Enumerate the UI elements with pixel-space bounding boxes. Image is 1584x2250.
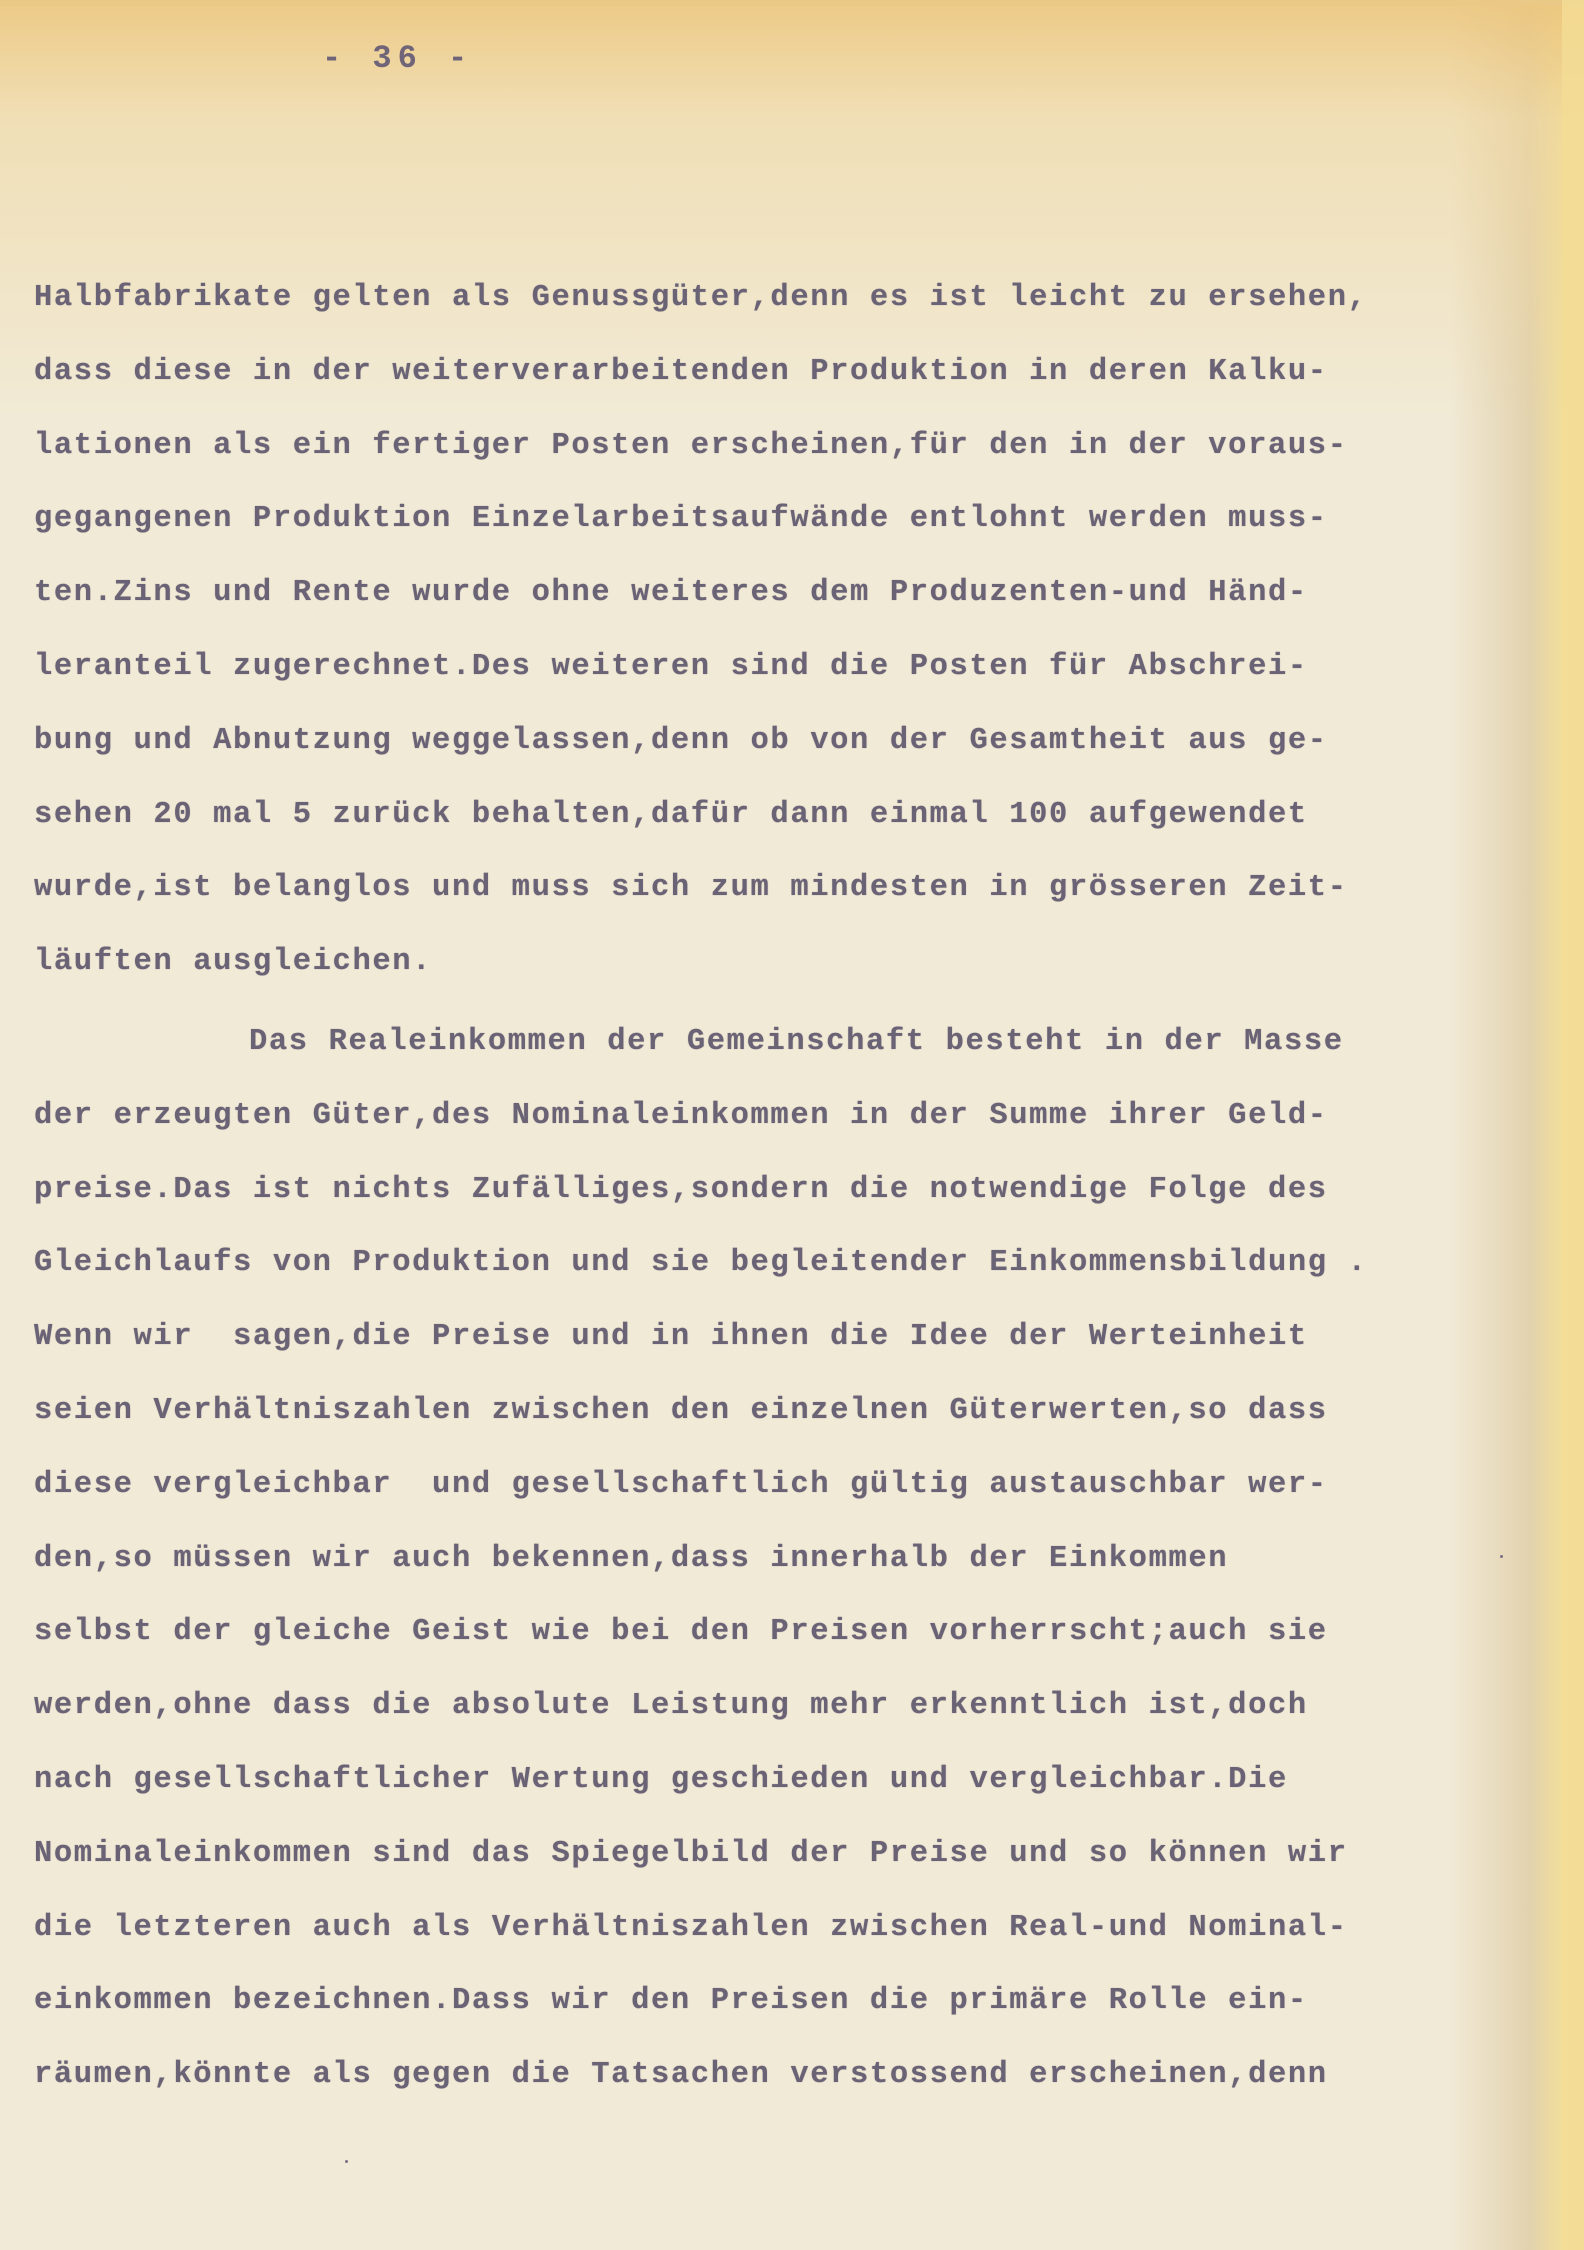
text-line: wurde,ist belanglos und muss sich zum mi… <box>34 852 1554 926</box>
text-line: der erzeugten Güter,des Nominaleinkommen… <box>34 1080 1554 1154</box>
text-line: läuften ausgleichen. <box>34 926 1554 1000</box>
text-line: Nominaleinkommen sind das Spiegelbild de… <box>34 1818 1554 1892</box>
text-line: gegangenen Produktion Einzelarbeitsaufwä… <box>34 483 1554 557</box>
text-line: sehen 20 mal 5 zurück behalten,dafür dan… <box>34 779 1554 853</box>
page-number: - 36 - <box>0 40 1584 77</box>
text-line: ten.Zins und Rente wurde ohne weiteres d… <box>34 557 1554 631</box>
text-line: einkommen bezeichnen.Dass wir den Preise… <box>34 1965 1554 2039</box>
text-line: die letzteren auch als Verhältniszahlen … <box>34 1892 1554 1966</box>
paper-right-edge <box>1562 0 1584 2250</box>
text-line: lationen als ein fertiger Posten erschei… <box>34 410 1554 484</box>
text-line: werden,ohne dass die absolute Leistung m… <box>34 1670 1554 1744</box>
typewritten-page: - 36 - Halbfabrikate gelten als Genussgü… <box>0 0 1584 2250</box>
ink-speck <box>1500 1555 1503 1558</box>
text-line: bung und Abnutzung weggelassen,denn ob v… <box>34 705 1554 779</box>
text-line: diese vergleichbar und gesellschaftlich … <box>34 1449 1554 1523</box>
text-line: selbst der gleiche Geist wie bei den Pre… <box>34 1596 1554 1670</box>
text-line: den,so müssen wir auch bekennen,dass inn… <box>34 1523 1554 1597</box>
text-line: Das Realeinkommen der Gemeinschaft beste… <box>34 1006 1554 1080</box>
body-text: Halbfabrikate gelten als Genussgüter,den… <box>34 262 1554 2113</box>
text-line: preise.Das ist nichts Zufälliges,sondern… <box>34 1154 1554 1228</box>
text-line: seien Verhältniszahlen zwischen den einz… <box>34 1375 1554 1449</box>
text-line: leranteil zugerechnet.Des weiteren sind … <box>34 631 1554 705</box>
text-line: räumen,könnte als gegen die Tatsachen ve… <box>34 2039 1554 2113</box>
text-line: dass diese in der weiterverarbeitenden P… <box>34 336 1554 410</box>
ink-speck <box>345 2160 348 2163</box>
text-line: Wenn wir sagen,die Preise und in ihnen d… <box>34 1301 1554 1375</box>
text-line: Gleichlaufs von Produktion und sie begle… <box>34 1227 1554 1301</box>
text-line: nach gesellschaftlicher Wertung geschied… <box>34 1744 1554 1818</box>
paper-top-edge <box>0 0 1584 6</box>
text-line: Halbfabrikate gelten als Genussgüter,den… <box>34 262 1554 336</box>
